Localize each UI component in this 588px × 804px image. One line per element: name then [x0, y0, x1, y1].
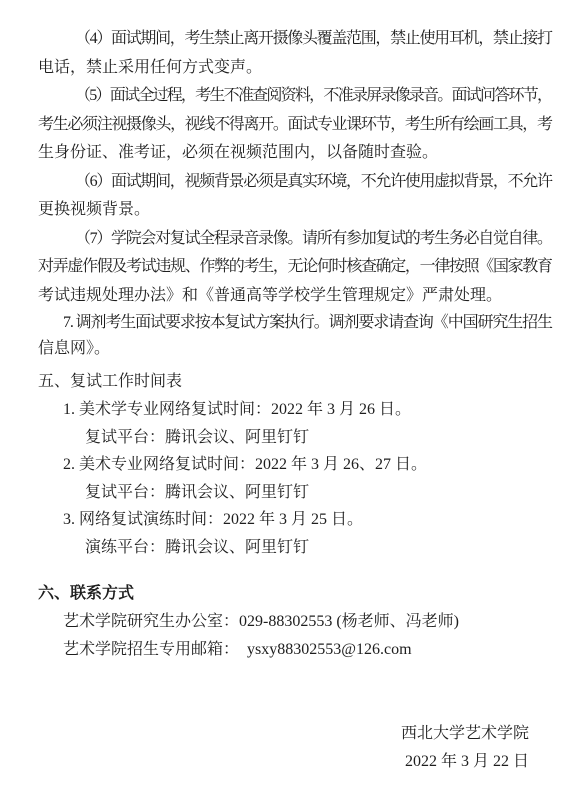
paragraph-rule-4-line-1: （4）面试期间，考生禁止离开摄像头覆盖范围，禁止使用耳机，禁止接打	[38, 25, 553, 54]
paragraph-rule-4: （4）面试期间，考生禁止离开摄像头覆盖范围，禁止使用耳机，禁止接打 电话，禁止采…	[38, 25, 553, 82]
section-6-heading: 六、联系方式	[38, 580, 553, 608]
schedule-item-3-title: 3. 网络复试演练时间：2022 年 3 月 25 日。	[38, 506, 553, 534]
contact-email-line: 艺术学院招生专用邮箱： ysxy88302553@126.com	[38, 636, 553, 664]
schedule-item-1-title: 1. 美术学专业网络复试时间：2022 年 3 月 26 日。	[38, 396, 553, 424]
paragraph-rule-5: （5）面试全过程，考生不准查阅资料，不准录屏录像录音。面试问答环节， 考生必须注…	[38, 82, 553, 168]
schedule-list: 1. 美术学专业网络复试时间：2022 年 3 月 26 日。 复试平台：腾讯会…	[38, 396, 553, 561]
signature-date: 2022 年 3 月 22 日	[38, 748, 529, 776]
interview-rules-section: （4）面试期间，考生禁止离开摄像头覆盖范围，禁止使用耳机，禁止接打 电话，禁止采…	[38, 25, 553, 310]
paragraph-rule-7: （7）学院会对复试全程录音录像。请所有参加复试的考生务必自觉自律。 对弄虚作假及…	[38, 225, 553, 311]
signature-block: 西北大学艺术学院 2022 年 3 月 22 日	[38, 720, 553, 776]
paragraph-rule-7-line-2: 对弄虚作假及考试违规、作弊的考生，无论何时核查确定，一律按照《国家教育	[38, 253, 553, 282]
paragraph-rule-4-line-2: 电话，禁止采用任何方式变声。	[38, 54, 553, 83]
transfer-note-line-2: 信息网》。	[38, 336, 553, 362]
schedule-item-2-title: 2. 美术专业网络复试时间：2022 年 3 月 26、27 日。	[38, 451, 553, 479]
paragraph-rule-6-line-1: （6）面试期间，视频背景必须是真实环境，不允许使用虚拟背景，不允许	[38, 168, 553, 197]
section-5-heading: 五、复试工作时间表	[38, 368, 553, 396]
paragraph-rule-5-line-1: （5）面试全过程，考生不准查阅资料，不准录屏录像录音。面试问答环节，	[38, 82, 553, 111]
paragraph-rule-6: （6）面试期间，视频背景必须是真实环境，不允许使用虚拟背景，不允许 更换视频背景…	[38, 168, 553, 225]
schedule-item-1-platform: 复试平台：腾讯会议、阿里钉钉	[38, 424, 553, 452]
transfer-note-paragraph: 7. 调剂考生面试要求按本复试方案执行。调剂要求请查询《中国研究生招生 信息网》…	[38, 310, 553, 362]
schedule-item-2-platform: 复试平台：腾讯会议、阿里钉钉	[38, 479, 553, 507]
signature-org: 西北大学艺术学院	[38, 720, 529, 748]
contact-office-line: 艺术学院研究生办公室：029-88302553 (杨老师、冯老师)	[38, 608, 553, 636]
contact-section: 艺术学院研究生办公室：029-88302553 (杨老师、冯老师) 艺术学院招生…	[38, 608, 553, 664]
notice-document: （4）面试期间，考生禁止离开摄像头覆盖范围，禁止使用耳机，禁止接打 电话，禁止采…	[0, 0, 588, 804]
paragraph-rule-5-line-3: 生身份证、准考证，必须在视频范围内，以备随时查验。	[38, 139, 553, 168]
paragraph-rule-5-line-2: 考生必须注视摄像头，视线不得离开。面试专业课环节，考生所有绘画工具，考	[38, 111, 553, 140]
paragraph-rule-7-line-1: （7）学院会对复试全程录音录像。请所有参加复试的考生务必自觉自律。	[38, 225, 553, 254]
transfer-note-line-1: 7. 调剂考生面试要求按本复试方案执行。调剂要求请查询《中国研究生招生	[38, 310, 553, 336]
paragraph-rule-7-line-3: 考试违规处理办法》和《普通高等学校学生管理规定》严肃处理。	[38, 282, 553, 311]
schedule-item-3-platform: 演练平台：腾讯会议、阿里钉钉	[38, 534, 553, 562]
paragraph-rule-6-line-2: 更换视频背景。	[38, 196, 553, 225]
